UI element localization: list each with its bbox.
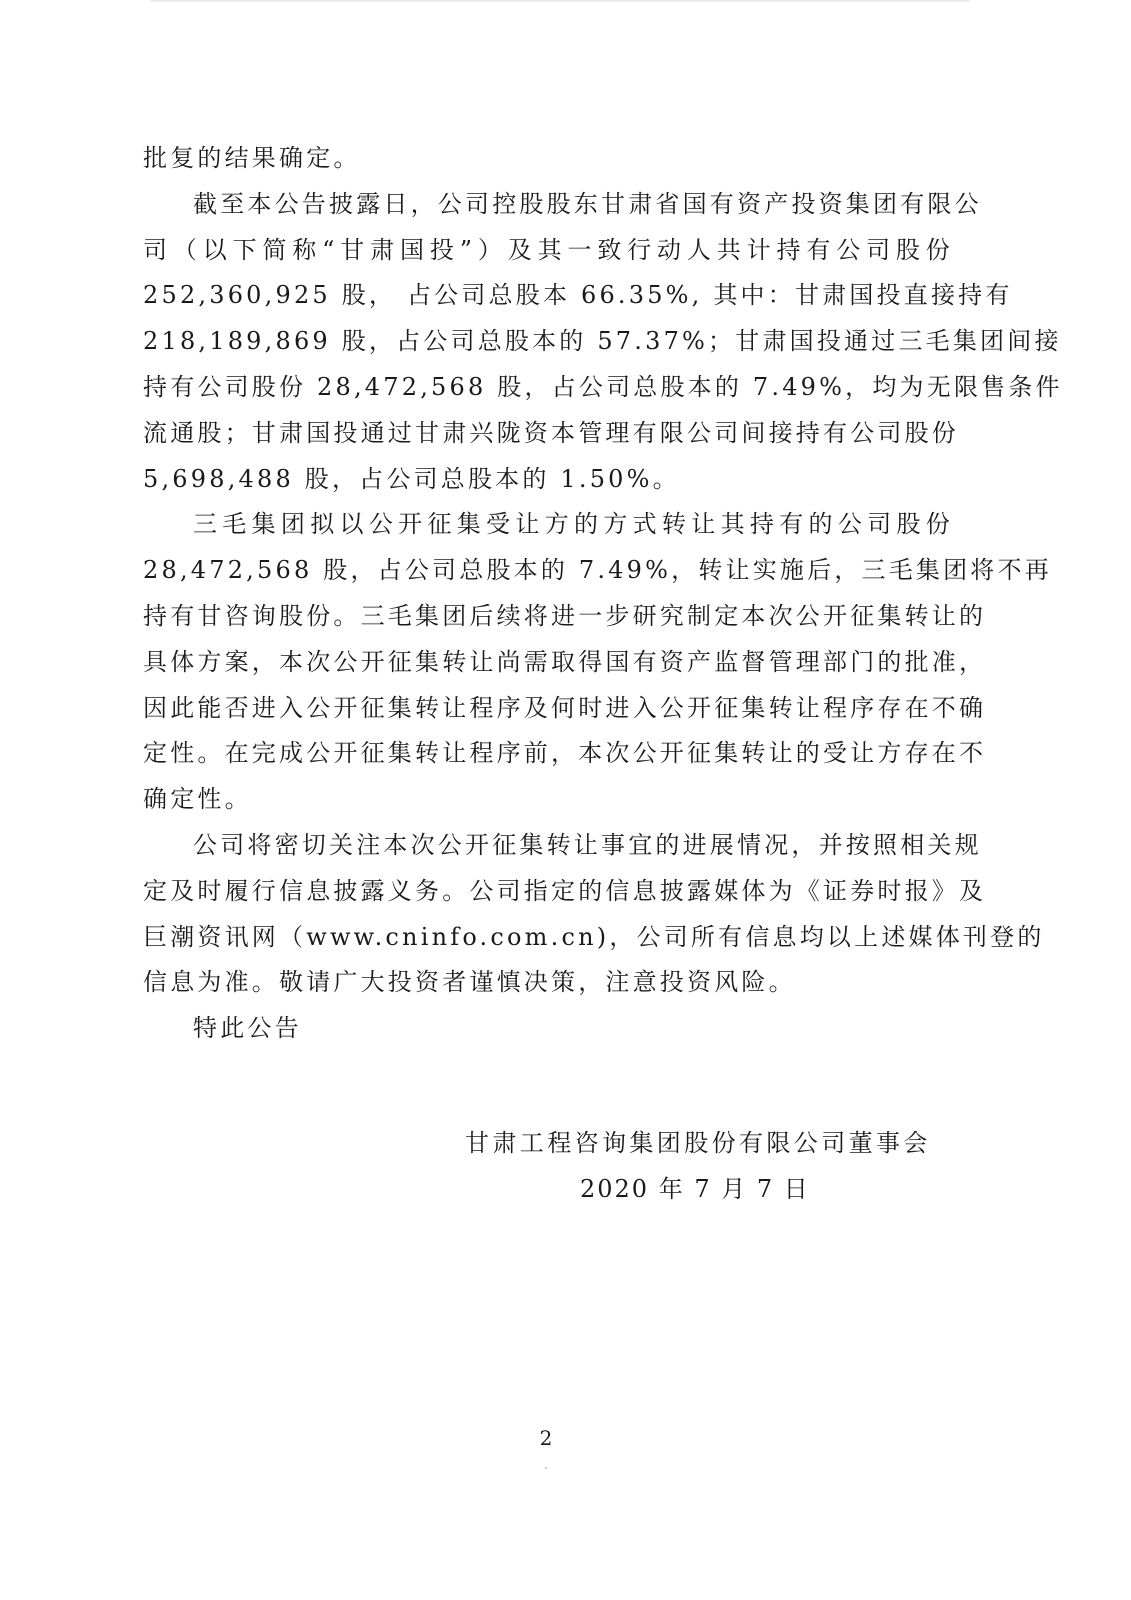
page-number: 2 xyxy=(536,1426,556,1450)
announcement-body: 批复的结果确定。截至本公告披露日，公司控股股东甘肃省国有资产投资集团有限公司（以… xyxy=(143,136,953,1052)
text-line: 特此公告 xyxy=(143,1006,953,1052)
text-line: 信息为准。敬请广大投资者谨慎决策，注意投资风险。 xyxy=(143,960,953,1006)
text-line: 28,472,568 股，占公司总股本的 7.49%，转让实施后，三毛集团将不再 xyxy=(143,548,953,594)
signatory-company: 甘肃工程咨询集团股份有限公司董事会 xyxy=(465,1120,905,1166)
text-line: 具体方案，本次公开征集转让尚需取得国有资产监督管理部门的批准， xyxy=(143,640,953,686)
text-line: 5,698,488 股，占公司总股本的 1.50%。 xyxy=(143,457,953,503)
text-line: 252,360,925 股， 占公司总股本 66.35%, 其中：甘肃国投直接持… xyxy=(143,273,953,319)
text-line: 司（以下简称“甘肃国投”）及其一致行动人共计持有公司股份 xyxy=(143,228,953,274)
para-disclosure: 公司将密切关注本次公开征集转让事宜的进展情况，并按照相关规定及时履行信息披露义务… xyxy=(143,823,953,1006)
text-line: 持有公司股份 28,472,568 股，占公司总股本的 7.49%，均为无限售条… xyxy=(143,365,953,411)
text-line: 218,189,869 股，占公司总股本的 57.37%；甘肃国投通过三毛集团间… xyxy=(143,319,953,365)
text-line: 定性。在完成公开征集转让程序前，本次公开征集转让的受让方存在不 xyxy=(143,731,953,777)
signature-date: 2020 年 7 月 7 日 xyxy=(465,1166,905,1212)
para-continuation: 批复的结果确定。 xyxy=(143,136,953,182)
document-page: 批复的结果确定。截至本公告披露日，公司控股股东甘肃省国有资产投资集团有限公司（以… xyxy=(0,0,1131,1600)
text-line: 持有甘咨询股份。三毛集团后续将进一步研究制定本次公开征集转让的 xyxy=(143,594,953,640)
text-line: 三毛集团拟以公开征集受让方的方式转让其持有的公司股份 xyxy=(143,502,953,548)
para-shareholding: 截至本公告披露日，公司控股股东甘肃省国有资产投资集团有限公司（以下简称“甘肃国投… xyxy=(143,182,953,503)
text-line: 定及时履行信息披露义务。公司指定的信息披露媒体为《证券时报》及 xyxy=(143,869,953,915)
para-closing: 特此公告 xyxy=(143,1006,953,1052)
text-line: 因此能否进入公开征集转让程序及何时进入公开征集转让程序存在不确 xyxy=(143,686,953,732)
signature-block: 甘肃工程咨询集团股份有限公司董事会 2020 年 7 月 7 日 xyxy=(465,1120,905,1212)
text-line: 流通股；甘肃国投通过甘肃兴陇资本管理有限公司间接持有公司股份 xyxy=(143,411,953,457)
text-line: 确定性。 xyxy=(143,777,953,823)
page-top-edge xyxy=(150,0,970,2)
text-line: 巨潮资讯网（www.cninfo.com.cn)，公司所有信息均以上述媒体刊登的 xyxy=(143,915,953,961)
para-transfer-plan: 三毛集团拟以公开征集受让方的方式转让其持有的公司股份28,472,568 股，占… xyxy=(143,502,953,823)
text-line: 公司将密切关注本次公开征集转让事宜的进展情况，并按照相关规 xyxy=(143,823,953,869)
scan-artifact-dot xyxy=(545,1467,547,1469)
text-line: 批复的结果确定。 xyxy=(143,136,953,182)
text-line: 截至本公告披露日，公司控股股东甘肃省国有资产投资集团有限公 xyxy=(143,182,953,228)
